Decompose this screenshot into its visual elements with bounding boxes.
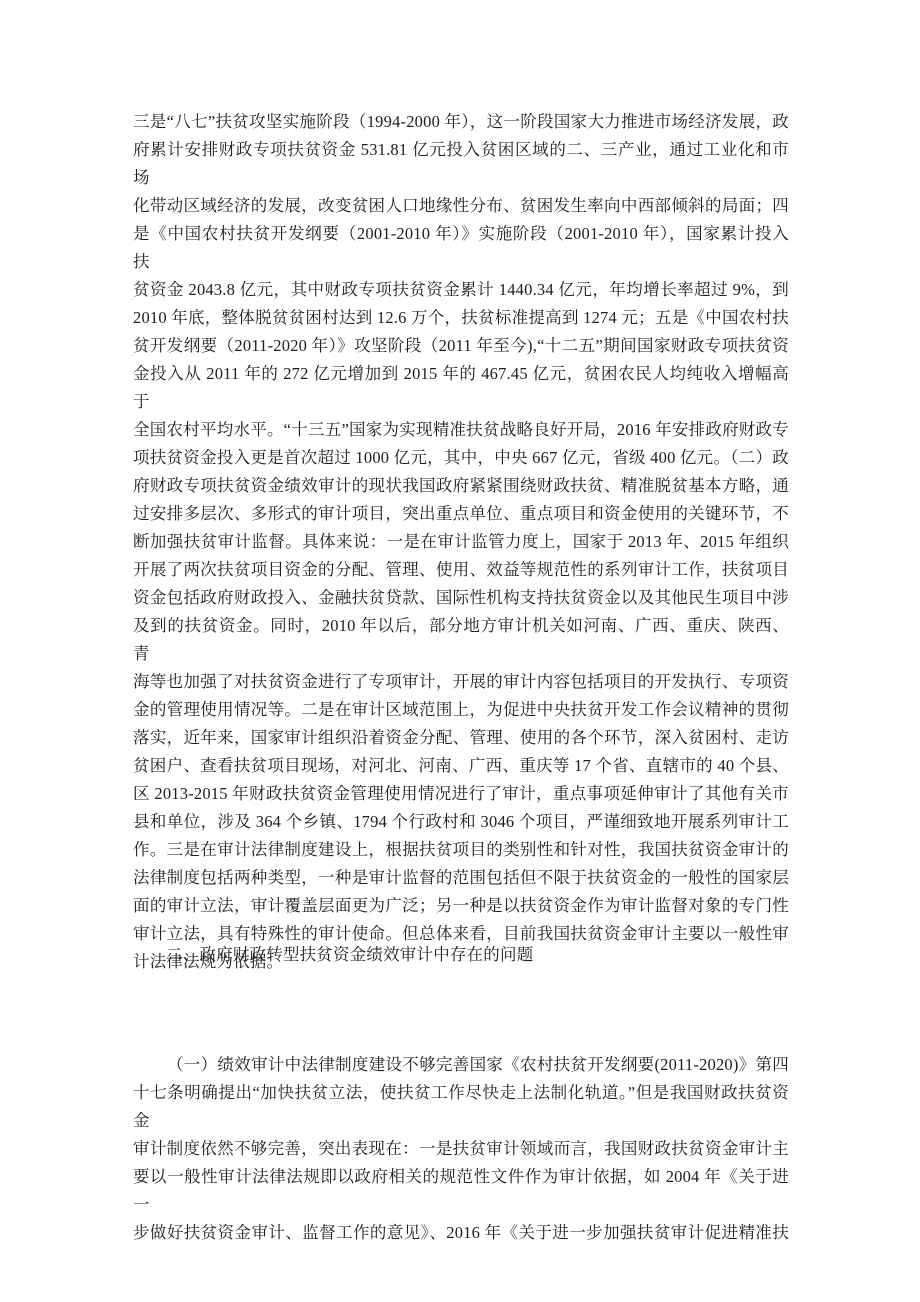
text-line: 贫资金 2043.8 亿元，其中财政专项扶贫资金累计 1440.34 亿元，年均… — [133, 276, 789, 304]
text-line: 化带动区域经济的发展，改变贫困人口地缘性分布、贫困发生率向中西部倾斜的局面；四 — [133, 192, 789, 220]
text-line: 开展了两次扶贫项目资金的分配、管理、使用、效益等规范性的系列审计工作，扶贫项目 — [133, 556, 789, 584]
problem-paragraph: （一）绩效审计中法律制度建设不够完善国家《农村扶贫开发纲要(2011-2020)… — [133, 1051, 789, 1247]
text-line: 面的审计立法，审计覆盖层面更为广泛；另一种是以扶贫资金作为审计监督对象的专门性 — [133, 892, 789, 920]
text-line: 三是“八七”扶贫攻坚实施阶段（1994-2000 年），这一阶段国家大力推进市场… — [133, 108, 789, 136]
text-line: 全国农村平均水平。“十三五”国家为实现精准扶贫战略良好开局，2016 年安排政府… — [133, 416, 789, 444]
text-line: 县和单位，涉及 364 个乡镇、1794 个行政村和 3046 个项目，严谨细致… — [133, 808, 789, 836]
text-line: 及到的扶贫资金。同时，2010 年以后，部分地方审计机关如河南、广西、重庆、陕西… — [133, 612, 789, 668]
text-line: 是《中国农村扶贫开发纲要（2001-2010 年）》实施阶段（2001-2010… — [133, 220, 789, 276]
text-line: 审计制度依然不够完善，突出表现在：一是扶贫审计领域而言，我国财政扶贫资金审计主 — [133, 1135, 789, 1163]
text-line: （一）绩效审计中法律制度建设不够完善国家《农村扶贫开发纲要(2011-2020)… — [133, 1051, 789, 1079]
text-line: 贫开发纲要（2011-2020 年）》攻坚阶段（2011 年至今),“十二五”期… — [133, 332, 789, 360]
section-heading: 二、政府财政转型扶贫资金绩效审计中存在的问题 — [133, 941, 789, 969]
text-line: 落实，近年来，国家审计组织沿着资金分配、管理、使用的各个环节，深入贫困村、走访 — [133, 724, 789, 752]
document-page[interactable]: 三是“八七”扶贫攻坚实施阶段（1994-2000 年），这一阶段国家大力推进市场… — [0, 0, 920, 1302]
text-line: 作。三是在审计法律制度建设上，根据扶贫项目的类别性和针对性，我国扶贫资金审计的 — [133, 836, 789, 864]
text-line: 资金包括政府财政投入、金融扶贫贷款、国际性机构支持扶贫资金以及其他民生项目中涉 — [133, 584, 789, 612]
text-line: 贫困户、查看扶贫项目现场，对河北、河南、广西、重庆等 17 个省、直辖市的 40… — [133, 752, 789, 780]
text-line: 金投入从 2011 年的 272 亿元增加到 2015 年的 467.45 亿元… — [133, 360, 789, 416]
text-line: 府财政专项扶贫资金绩效审计的现状我国政府紧紧围绕财政扶贫、精准脱贫基本方略，通 — [133, 472, 789, 500]
text-line: 过安排多层次、多形式的审计项目，突出重点单位、重点项目和资金使用的关键环节，不 — [133, 500, 789, 528]
text-line: 2010 年底，整体脱贫贫困村达到 12.6 万个，扶贫标准提高到 1274 元… — [133, 304, 789, 332]
text-line: 府累计安排财政专项扶贫资金 531.81 亿元投入贫困区域的二、三产业，通过工业… — [133, 136, 789, 192]
text-line: 十七条明确提出“加快扶贫立法，使扶贫工作尽快走上法制化轨道。”但是我国财政扶贫资… — [133, 1079, 789, 1135]
text-line: 海等也加强了对扶贫资金进行了专项审计，开展的审计内容包括项目的开发执行、专项资 — [133, 668, 789, 696]
text-line: 金的管理使用情况等。二是在审计区域范围上，为促进中央扶贫开发工作会议精神的贯彻 — [133, 696, 789, 724]
text-line: 项扶贫资金投入更是首次超过 1000 亿元，其中，中央 667 亿元，省级 40… — [133, 444, 789, 472]
body-paragraph: 三是“八七”扶贫攻坚实施阶段（1994-2000 年），这一阶段国家大力推进市场… — [133, 108, 789, 976]
text-line: 要以一般性审计法律法规即以政府相关的规范性文件作为审计依据，如 2004 年《关… — [133, 1163, 789, 1219]
text-line: 法律制度包括两种类型，一种是审计监督的范围包括但不限于扶贫资金的一般性的国家层 — [133, 864, 789, 892]
text-line: 步做好扶贫资金审计、监督工作的意见》、2016 年《关于进一步加强扶贫审计促进精… — [133, 1219, 789, 1247]
text-line: 断加强扶贫审计监督。具体来说：一是在审计监管力度上，国家于 2013 年、201… — [133, 528, 789, 556]
text-line: 区 2013-2015 年财政扶贫资金管理使用情况进行了审计，重点事项延伸审计了… — [133, 780, 789, 808]
